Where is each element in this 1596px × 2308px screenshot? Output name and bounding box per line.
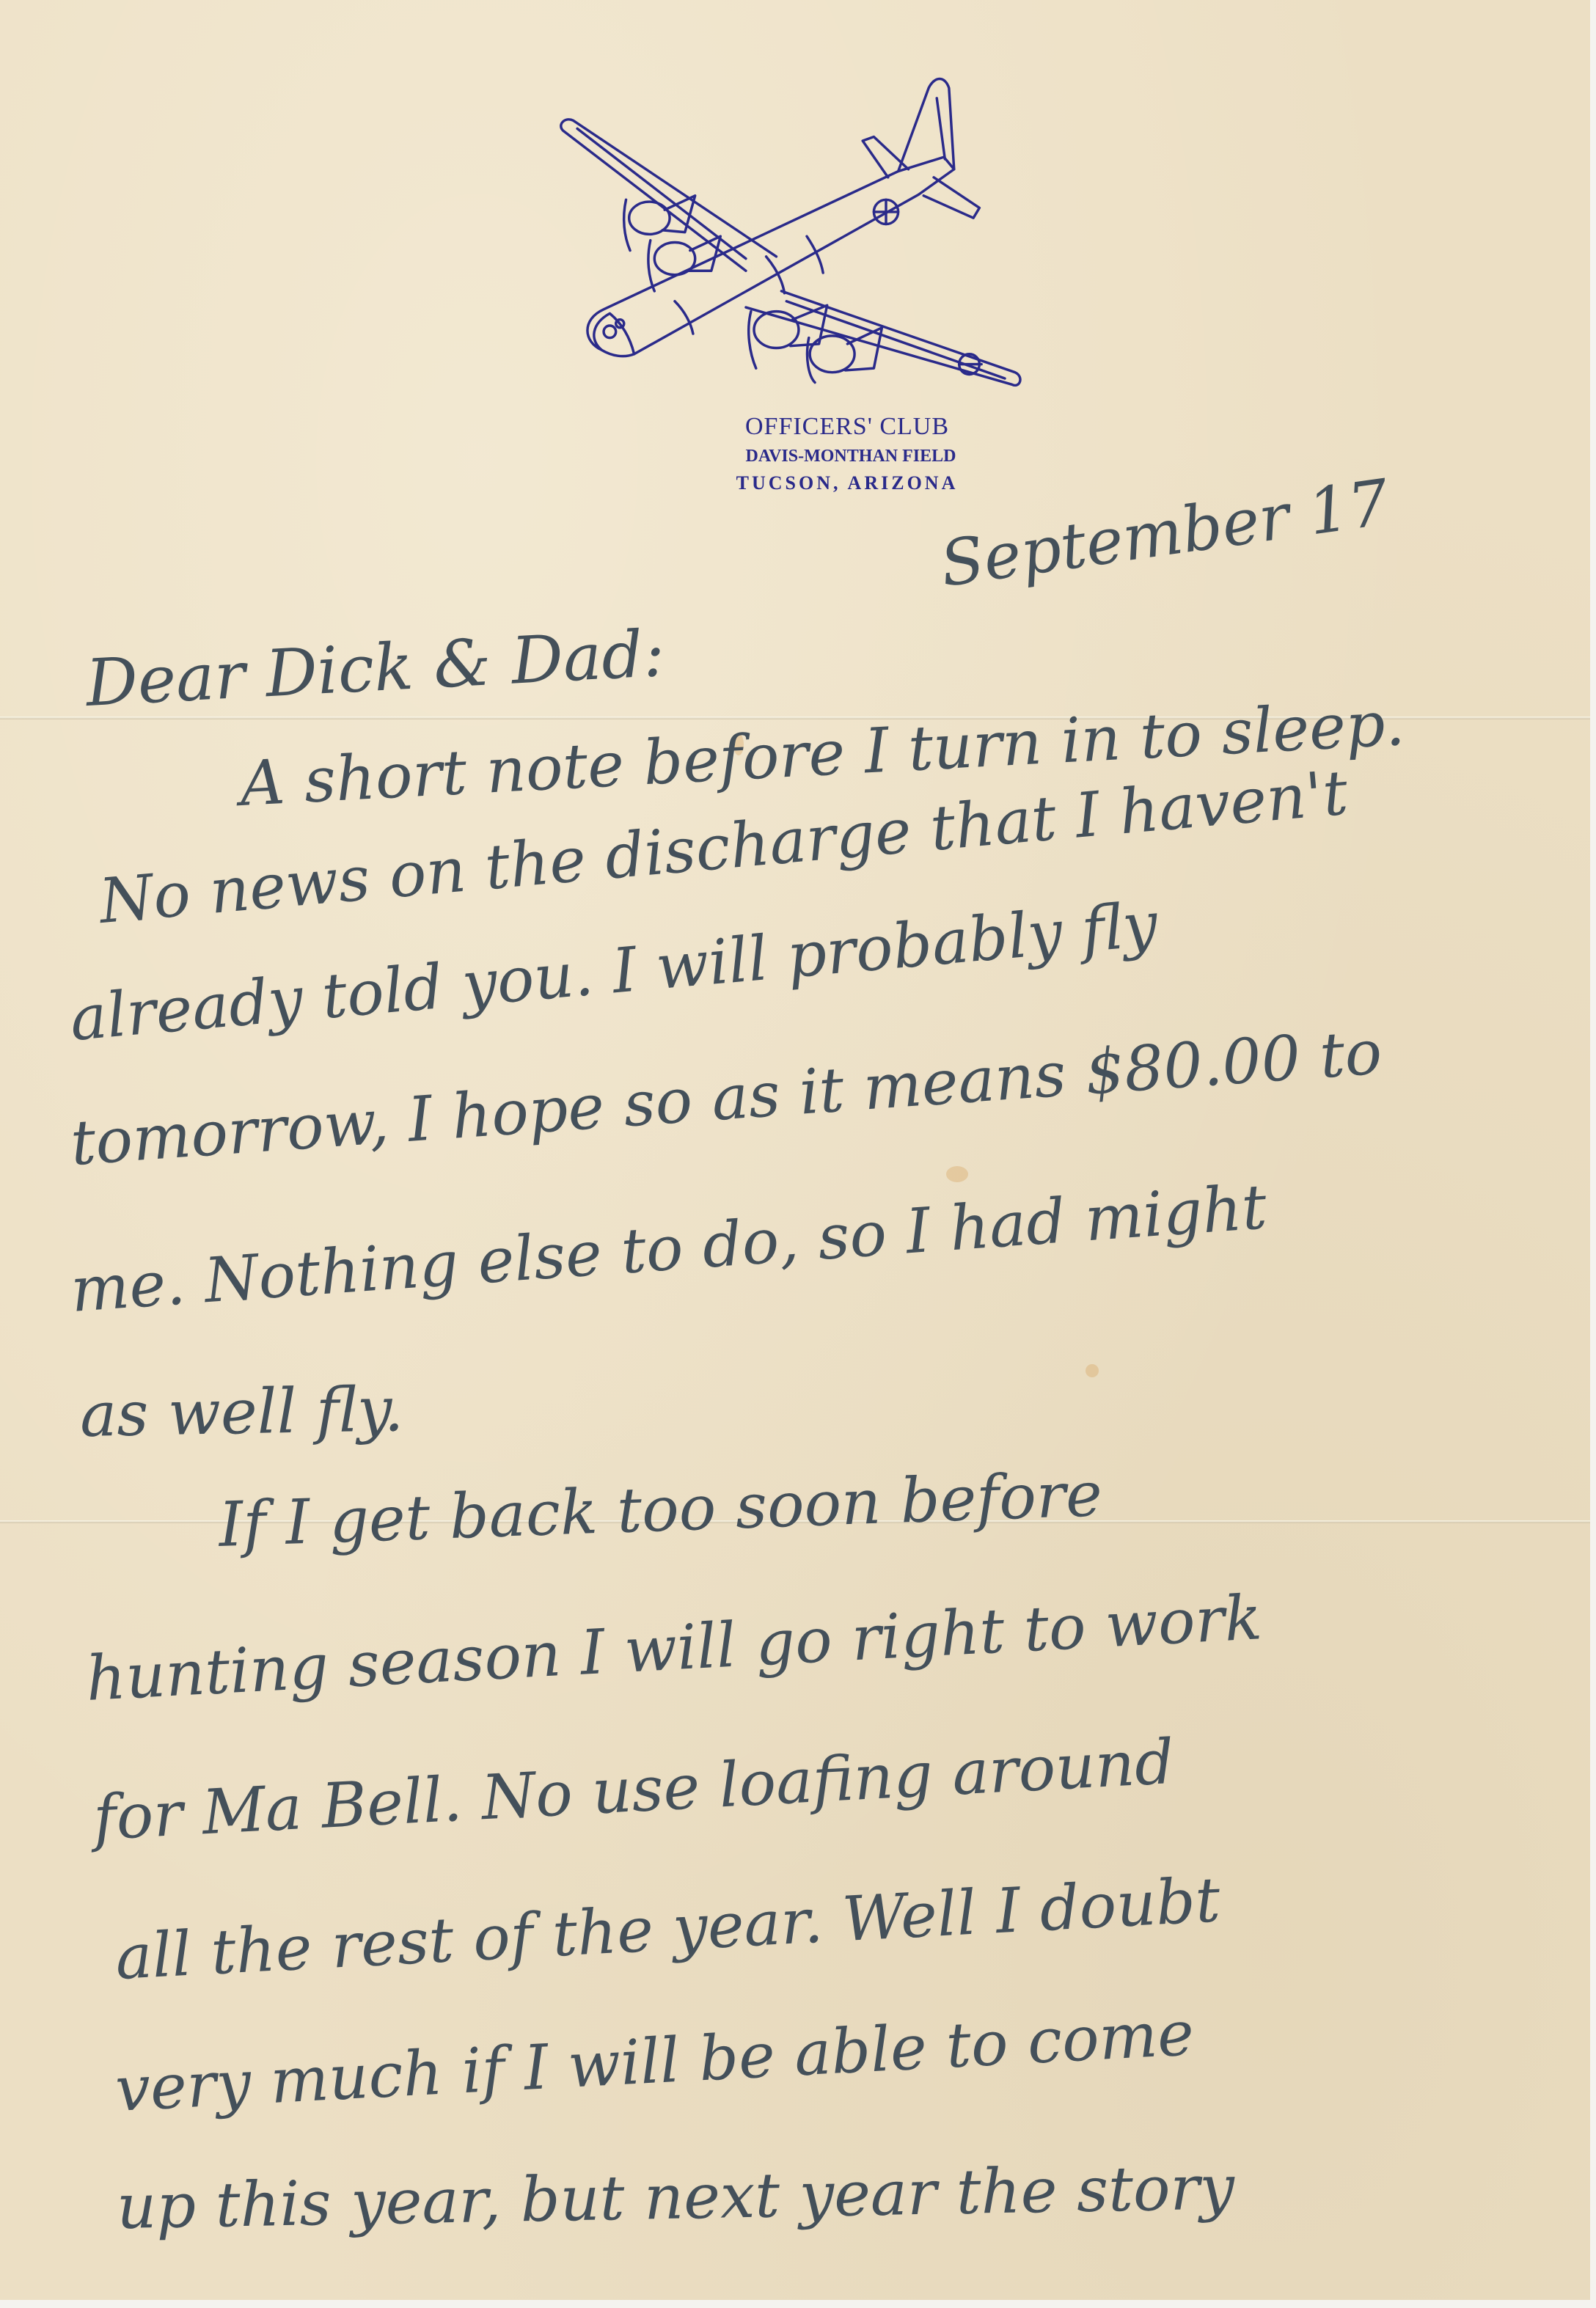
bomber-airplane-icon [543, 51, 1071, 389]
body-line: as well fly. [79, 1373, 404, 1451]
letterhead-text: OFFICERS' CLUB DAVIS-MONTHAN FIELD TUCSO… [513, 411, 1100, 497]
club-name: OFFICERS' CLUB [513, 411, 1100, 443]
paper-stain [946, 1166, 968, 1182]
field-name: DAVIS-MONTHAN FIELD [513, 443, 1100, 469]
paper-stain [1086, 1364, 1099, 1377]
city-state: TUCSON, ARIZONA [513, 469, 1100, 497]
